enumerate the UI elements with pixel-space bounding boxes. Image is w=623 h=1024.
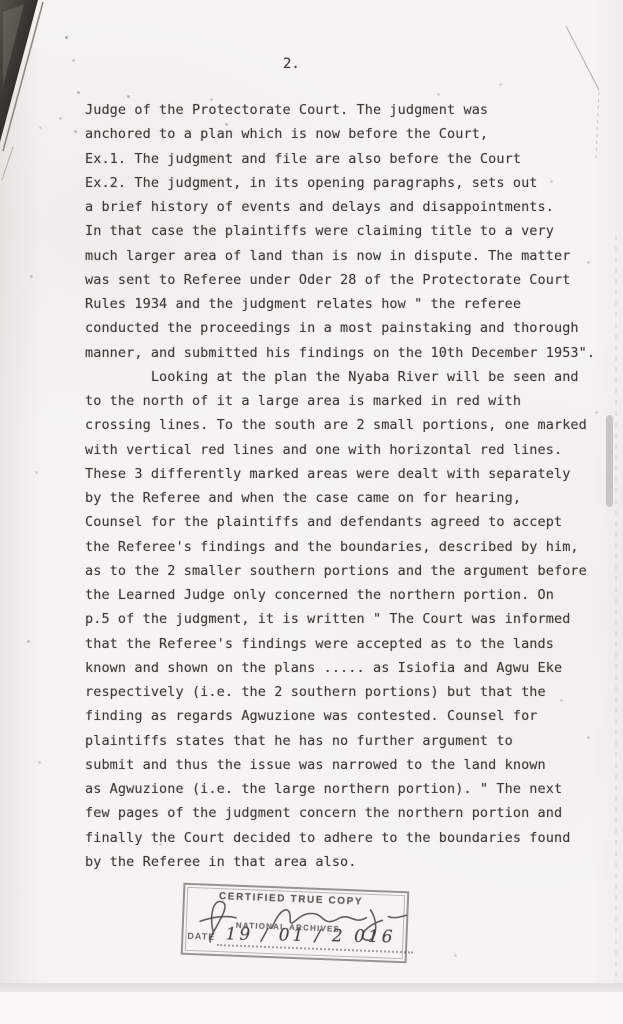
next-page-top [0,992,623,1024]
text-line: Ex.1. The judgment and file are also bef… [85,147,597,171]
text-line: finding as regards Agwuzione was contest… [85,704,597,728]
text-line: These 3 differently marked areas were de… [85,462,597,486]
text-line: submit and thus the issue was narrowed t… [85,753,597,777]
text-line: known and shown on the plans ..... as Is… [85,656,597,680]
page-edge-line [3,2,43,151]
page-separator [0,983,623,992]
text-line: with vertical red lines and one with hor… [85,438,597,462]
text-line: to the north of it a large area is marke… [85,389,597,413]
top-left-corner-artifact [0,0,38,142]
text-line: Counsel for the plaintiffs and defendant… [85,510,597,534]
text-line: Rules 1934 and the judgment relates how … [85,292,597,316]
certification-stamp: CERTIFIED TRUE COPY NATIONAL ARCHIVES DA… [181,883,410,964]
text-line: p.5 of the judgment, it is written " The… [85,607,597,631]
text-line: crossing lines. To the south are 2 small… [85,413,597,437]
text-line: anchored to a plan which is now before t… [85,122,597,146]
text-line: plaintiffs states that he has no further… [85,729,597,753]
page-edge-line-faint [2,147,13,180]
text-line: manner, and submitted his findings on th… [85,341,597,365]
text-line: much larger area of land than is now in … [85,244,597,268]
text-line: as to the 2 smaller southern portions an… [85,559,597,583]
text-line: finally the Court decided to adhere to t… [85,826,597,850]
text-line: In that case the plaintiffs were claimin… [85,219,597,243]
signature-scribble [183,881,416,962]
scrollbar-thumb[interactable] [606,415,613,507]
document-body-text: Judge of the Protectorate Court. The jud… [85,98,597,874]
page-number: 2. [283,56,300,72]
text-line: Ex.2. The judgment, in its opening parag… [85,171,597,195]
text-line: Looking at the plan the Nyaba River will… [85,365,597,389]
text-line: by the Referee in that area also. [85,850,597,874]
noise-specks [0,0,1,1]
text-line: the Referee's findings and the boundarie… [85,535,597,559]
text-line: the Learned Judge only concerned the nor… [85,583,597,607]
text-line: respectively (i.e. the 2 southern portio… [85,680,597,704]
text-line: was sent to Referee under Oder 28 of the… [85,268,597,292]
text-line: Judge of the Protectorate Court. The jud… [85,98,597,122]
scanned-document-page: 2. Judge of the Protectorate Court. The … [0,0,623,1024]
text-line: conducted the proceedings in a most pain… [85,316,597,340]
text-line: by the Referee and when the case came on… [85,486,597,510]
text-line: a brief history of events and delays and… [85,195,597,219]
scratch-mark [566,26,599,90]
text-line: that the Referee's findings were accepte… [85,632,597,656]
text-line: as Agwuzione (i.e. the large northern po… [85,777,597,801]
text-line: few pages of the judgment concern the no… [85,801,597,825]
top-left-corner-highlight [3,4,24,86]
